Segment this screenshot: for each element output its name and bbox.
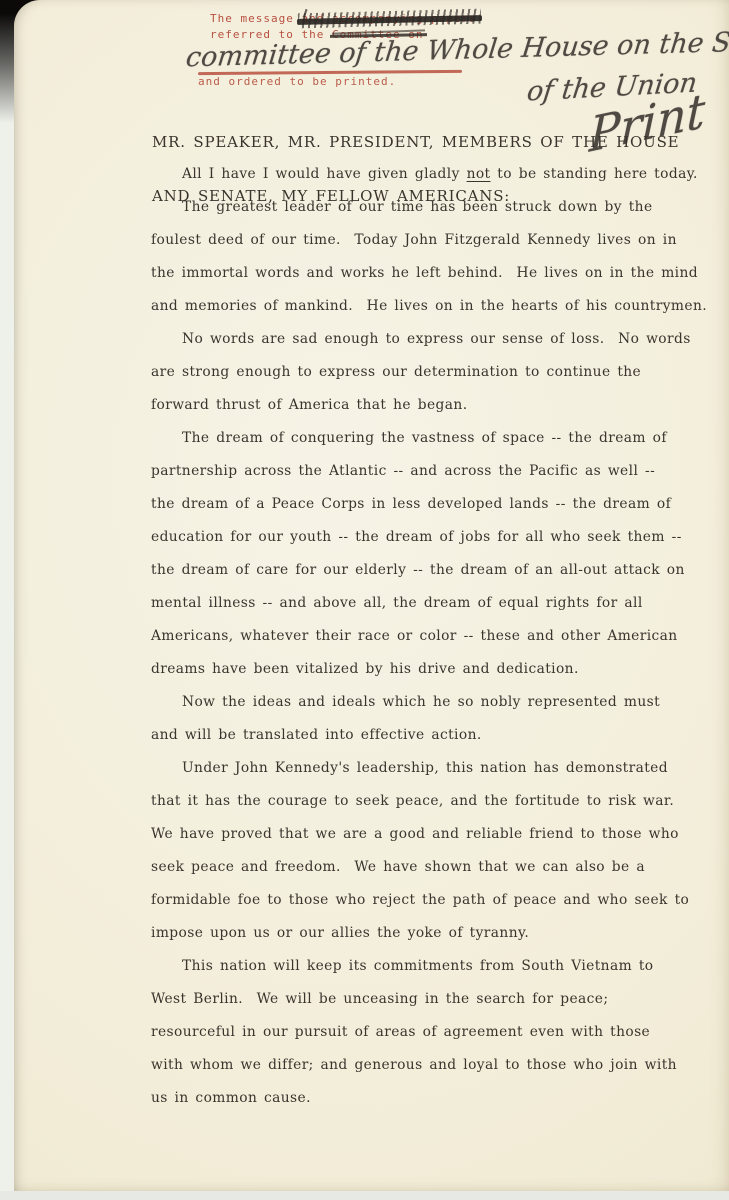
underlined-word: not xyxy=(467,166,491,182)
speech-line: the dream of a Peace Corps in less devel… xyxy=(151,488,707,521)
struck-out-text: and accompanying papers xyxy=(301,12,476,25)
speech-line: Now the ideas and ideals which he so nob… xyxy=(151,686,707,719)
speech-line: We have proved that we are a good and re… xyxy=(151,818,707,851)
speech-line: impose upon us or our allies the yoke of… xyxy=(151,917,707,950)
speech-line: education for our youth -- the dream of … xyxy=(151,521,707,554)
speech-line: are strong enough to express our determi… xyxy=(151,356,707,389)
speech-line: foulest deed of our time. Today John Fit… xyxy=(151,224,707,257)
page-content: The message and accompanying papers refe… xyxy=(0,0,729,1200)
speech-line: The greatest leader of our time has been… xyxy=(151,191,707,224)
speech-line: All I have I would have given gladly not… xyxy=(151,158,707,191)
speech-line: No words are sad enough to express our s… xyxy=(151,323,707,356)
speech-line: with whom we differ; and generous and lo… xyxy=(151,1049,707,1082)
speech-line: resourceful in our pursuit of areas of a… xyxy=(151,1016,707,1049)
speech-line: Under John Kennedy's leadership, this na… xyxy=(151,752,707,785)
speech-line: mental illness -- and above all, the dre… xyxy=(151,587,707,620)
salutation-line-1: MR. SPEAKER, MR. PRESIDENT, MEMBERS OF T… xyxy=(152,133,679,151)
stamp-text: The message xyxy=(210,12,301,25)
speech-line: Americans, whatever their race or color … xyxy=(151,620,707,653)
speech-line: the immortal words and works he left beh… xyxy=(151,257,707,290)
speech-line: partnership across the Atlantic -- and a… xyxy=(151,455,707,488)
speech-line: dreams have been vitalized by his drive … xyxy=(151,653,707,686)
speech-line: that it has the courage to seek peace, a… xyxy=(151,785,707,818)
scanned-document-page: The message and accompanying papers refe… xyxy=(0,0,729,1200)
clerk-stamp-line-3: and ordered to be printed. xyxy=(198,75,396,88)
speech-line: the dream of care for our elderly -- the… xyxy=(151,554,707,587)
speech-line: West Berlin. We will be unceasing in the… xyxy=(151,983,707,1016)
speech-line: formidable foe to those who reject the p… xyxy=(151,884,707,917)
speech-line: and memories of mankind. He lives on in … xyxy=(151,290,707,323)
line-text: All I have I would have given gladly xyxy=(182,166,467,182)
speech-line: us in common cause. xyxy=(151,1082,707,1115)
speech-line: and will be translated into effective ac… xyxy=(151,719,707,752)
speech-line: forward thrust of America that he began. xyxy=(151,389,707,422)
speech-body: All I have I would have given gladly not… xyxy=(151,158,707,1115)
speech-line: This nation will keep its commitments fr… xyxy=(151,950,707,983)
speech-line: seek peace and freedom. We have shown th… xyxy=(151,851,707,884)
speech-line: The dream of conquering the vastness of … xyxy=(151,422,707,455)
line-text: to be standing here today. xyxy=(491,166,698,182)
clerk-stamp-line-1: The message and accompanying papers xyxy=(210,12,477,25)
